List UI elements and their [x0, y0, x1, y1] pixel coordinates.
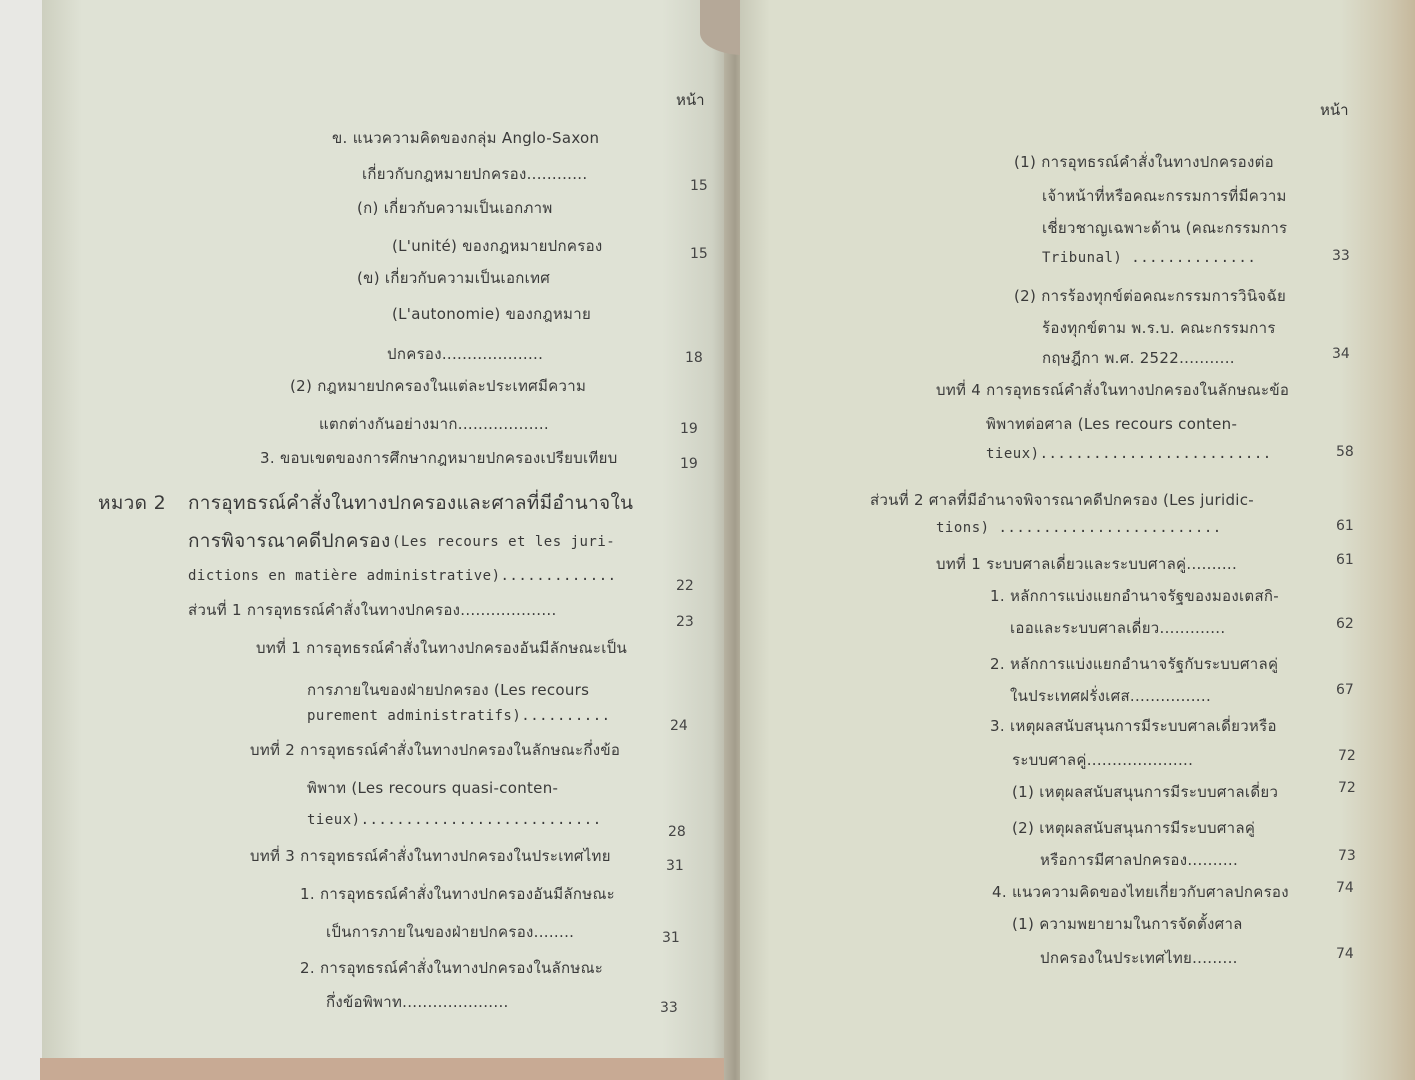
toc-entry: 4. แนวความคิดของไทยเกี่ยวกับศาลปกครอง: [992, 880, 1289, 904]
toc-entry: (L'unité) ของกฎหมายปกครอง: [392, 234, 603, 258]
page-number: 58: [1336, 444, 1354, 460]
toc-entry: ปกครองในประเทศไทย.........: [1040, 946, 1238, 970]
page-number: 67: [1336, 682, 1354, 698]
toc-entry: (ข) เกี่ยวกับความเป็นเอกเทศ: [357, 266, 550, 290]
toc-entry: พิพาท (Les recours quasi-conten-: [307, 776, 558, 800]
page-number: 18: [685, 350, 703, 366]
page-number: 62: [1336, 616, 1354, 632]
toc-entry: (2) การร้องทุกข์ต่อคณะกรรมการวินิจฉัย: [1014, 284, 1286, 308]
right-page: หน้า (1) การอุทธรณ์คำสั่งในทางปกครองต่อ …: [740, 0, 1415, 1080]
page-number: 23: [676, 614, 694, 630]
page-number: 33: [1332, 248, 1350, 264]
page-number: 72: [1338, 748, 1356, 764]
page-column-header: หน้า: [1320, 98, 1349, 122]
toc-entry: ข. แนวความคิดของกลุ่ม Anglo-Saxon: [332, 126, 599, 150]
page-number: 19: [680, 421, 698, 437]
toc-entry: เป็นการภายในของฝ่ายปกครอง........: [326, 920, 574, 944]
toc-entry: บทที่ 1 การอุทธรณ์คำสั่งในทางปกครองอันมี…: [256, 636, 627, 660]
page-number: 22: [676, 578, 694, 594]
toc-entry: 1. หลักการแบ่งแยกอำนาจรัฐของมองเตสกิ-: [990, 584, 1279, 608]
page-number: 74: [1336, 880, 1354, 896]
toc-entry: หรือการมีศาลปกครอง..........: [1040, 848, 1238, 872]
toc-entry: (2) เหตุผลสนับสนุนการมีระบบศาลคู่: [1012, 816, 1255, 840]
toc-entry: เออและระบบศาลเดี่ยว.............: [1010, 616, 1225, 640]
toc-entry: บทที่ 4 การอุทธรณ์คำสั่งในทางปกครองในลัก…: [936, 378, 1289, 402]
page-number: 15: [690, 246, 708, 262]
toc-entry: 2. การอุทธรณ์คำสั่งในทางปกครองในลักษณะ: [300, 956, 603, 980]
toc-entry: (1) การอุทธรณ์คำสั่งในทางปกครองต่อ: [1014, 150, 1274, 174]
toc-entry: (1) ความพยายามในการจัดตั้งศาล: [1012, 912, 1243, 936]
scanner-margin: [0, 0, 42, 1080]
toc-entry: การภายในของฝ่ายปกครอง (Les recours: [307, 678, 589, 702]
toc-entry: Tribunal) ..............: [1042, 250, 1256, 266]
toc-entry: (ก) เกี่ยวกับความเป็นเอกภาพ: [357, 196, 553, 220]
page-number: 28: [668, 824, 686, 840]
toc-entry: เชี่ยวชาญเฉพาะด้าน (คณะกรรมการ: [1042, 216, 1287, 240]
toc-entry: 3. ขอบเขตของการศึกษากฎหมายปกครองเปรียบเท…: [260, 446, 618, 470]
chapter-label: หมวด 2: [98, 488, 166, 518]
toc-entry: tieux)...........................: [307, 812, 602, 828]
toc-entry: ปกครอง....................: [387, 342, 543, 366]
toc-entry: บทที่ 1 ระบบศาลเดี่ยวและระบบศาลคู่......…: [936, 552, 1237, 576]
toc-entry: 3. เหตุผลสนับสนุนการมีระบบศาลเดี่ยวหรือ: [990, 714, 1277, 738]
toc-entry: tions) .........................: [936, 520, 1222, 536]
toc-entry: tieux)..........................: [986, 446, 1272, 462]
page-number: 34: [1332, 346, 1350, 362]
page-number: 24: [670, 718, 688, 734]
toc-entry: บทที่ 3 การอุทธรณ์คำสั่งในทางปกครองในประ…: [250, 844, 611, 868]
section-entry: ส่วนที่ 2 ศาลที่มีอำนาจพิจารณาคดีปกครอง …: [870, 488, 1254, 512]
toc-entry: ระบบศาลคู่.....................: [1012, 748, 1193, 772]
left-page: หน้า ข. แนวความคิดของกลุ่ม Anglo-Saxon เ…: [42, 0, 728, 1060]
page-number: 61: [1336, 518, 1354, 534]
section-entry: ส่วนที่ 1 การอุทธรณ์คำสั่งในทางปกครอง...…: [188, 598, 557, 622]
page-number: 72: [1338, 780, 1356, 796]
toc-entry: กฤษฎีกา พ.ศ. 2522...........: [1042, 346, 1235, 370]
page-column-header: หน้า: [676, 88, 705, 112]
toc-entry: พิพาทต่อศาล (Les recours conten-: [986, 412, 1237, 436]
page-number: 61: [1336, 552, 1354, 568]
toc-entry: เจ้าหน้าที่หรือคณะกรรมการที่มีความ: [1042, 184, 1287, 208]
toc-entry: 2. หลักการแบ่งแยกอำนาจรัฐกับระบบศาลคู่: [990, 652, 1278, 676]
page-number: 74: [1336, 946, 1354, 962]
toc-entry: (L'autonomie) ของกฎหมาย: [392, 302, 591, 326]
toc-entry: dictions en matière administrative).....…: [188, 568, 617, 584]
toc-entry: บทที่ 2 การอุทธรณ์คำสั่งในทางปกครองในลัก…: [250, 738, 620, 762]
toc-entry: purement administratifs)..........: [307, 708, 611, 724]
book-bottom-edge: [40, 1058, 740, 1080]
toc-entry: ในประเทศฝรั่งเศส................: [1010, 684, 1211, 708]
toc-entry: แตกต่างกันอย่างมาก..................: [319, 412, 549, 436]
page-number: 31: [666, 858, 684, 874]
chapter-title: การอุทธรณ์คำสั่งในทางปกครองและศาลที่มีอำ…: [188, 488, 633, 518]
toc-entry: เกี่ยวกับกฎหมายปกครอง............: [362, 162, 587, 186]
toc-entry: ร้องทุกข์ตาม พ.ร.บ. คณะกรรมการ: [1042, 316, 1276, 340]
toc-entry: 1. การอุทธรณ์คำสั่งในทางปกครองอันมีลักษณ…: [300, 882, 615, 906]
toc-entry: (1) เหตุผลสนับสนุนการมีระบบศาลเดี่ยว: [1012, 780, 1278, 804]
page-number: 31: [662, 930, 680, 946]
page-number: 33: [660, 1000, 678, 1016]
page-number: 73: [1338, 848, 1356, 864]
toc-entry: (2) กฎหมายปกครองในแต่ละประเทศมีความ: [290, 374, 586, 398]
chapter-title: การพิจารณาคดีปกครอง: [188, 526, 391, 556]
toc-entry: (Les recours et les juri-: [392, 534, 615, 550]
page-number: 15: [690, 178, 708, 194]
page-number: 19: [680, 456, 698, 472]
toc-entry: กึ่งข้อพิพาท.....................: [326, 990, 509, 1014]
